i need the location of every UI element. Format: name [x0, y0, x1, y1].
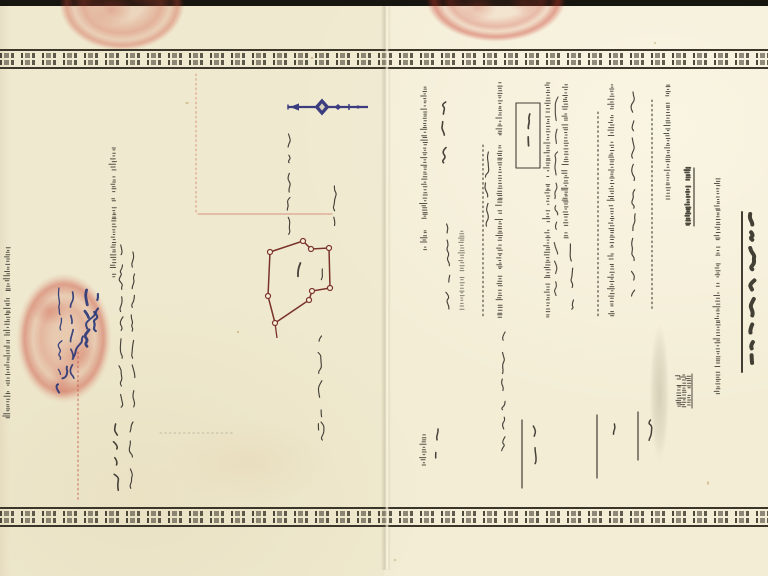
north-arrow-part [290, 103, 299, 110]
blue-signature-flourish [57, 312, 95, 393]
handwritten-entry-2 [446, 224, 450, 309]
form-printed-line-1 [420, 87, 428, 250]
map-scale-handwritten [436, 429, 438, 466]
left-handwritten-column-a [119, 245, 123, 407]
survey-monument-marker [310, 289, 315, 294]
blue-signature-column-b [70, 292, 73, 378]
small-official-stamp-a [676, 376, 682, 406]
blue-signature-scrawl-a [85, 290, 89, 346]
scanned-deed-page [0, 0, 768, 576]
deed-number-box [516, 103, 540, 168]
map-scale-printed [420, 435, 427, 465]
fraction-handwritten [533, 426, 536, 464]
bottom-left-handwriting-b [129, 422, 133, 488]
document-ink-overlay [0, 0, 768, 576]
annotation-below-plot [318, 336, 322, 430]
left-handwritten-column-b [131, 252, 135, 407]
form-printed-faint [458, 231, 464, 309]
north-arrow-part [356, 105, 359, 108]
deed-subtitle-line [713, 179, 721, 394]
script-runs-layer [3, 74, 755, 502]
form-printed-line-3 [542, 83, 550, 317]
survey-annotation-column-2 [333, 186, 336, 235]
number-entry-2 [613, 424, 614, 442]
number-entry-3 [649, 420, 652, 440]
survey-monument-marker [268, 250, 273, 255]
handwritten-entry-1 [442, 102, 446, 163]
form-printed-line-2 [495, 83, 502, 317]
survey-monument-marker [301, 239, 306, 244]
survey-monument-marker [307, 298, 312, 303]
survey-monument-marker [328, 286, 333, 291]
form-printed-line-5 [607, 85, 614, 316]
bottom-left-handwriting-a [114, 424, 119, 490]
parcel-plot-diagram [266, 239, 333, 339]
bottom-small-annotation [321, 422, 324, 440]
north-arrow-part [335, 104, 342, 110]
survey-monument-marker [309, 247, 314, 252]
parcel-number-label [298, 263, 300, 276]
issuing-office-badge [684, 168, 690, 225]
survey-monument-marker [327, 246, 332, 251]
blue-signature-column-a [58, 288, 62, 386]
small-official-stamp-c [686, 376, 691, 405]
handwritten-entries-5 [631, 92, 635, 296]
register-number-printed-line [109, 148, 117, 277]
deed-number-handwritten [528, 114, 530, 153]
left-edge-printed-line [3, 248, 11, 418]
parcel-side-annotation [321, 269, 322, 280]
survey-monument-marker [266, 294, 271, 299]
form-printed-line-4 [561, 85, 568, 238]
deed-title-bold [750, 214, 754, 363]
handwritten-entry-4 [570, 244, 573, 309]
entry-over-dotted-1 [485, 152, 489, 226]
survey-annotation-column [287, 134, 290, 234]
north-arrow-icon [288, 99, 368, 116]
survey-monument-marker [273, 321, 278, 326]
handwritten-entries-3 [554, 97, 558, 304]
plot-boundary [268, 241, 330, 323]
form-printed-line-6 [664, 85, 671, 199]
date-entry-handwritten [502, 332, 505, 463]
